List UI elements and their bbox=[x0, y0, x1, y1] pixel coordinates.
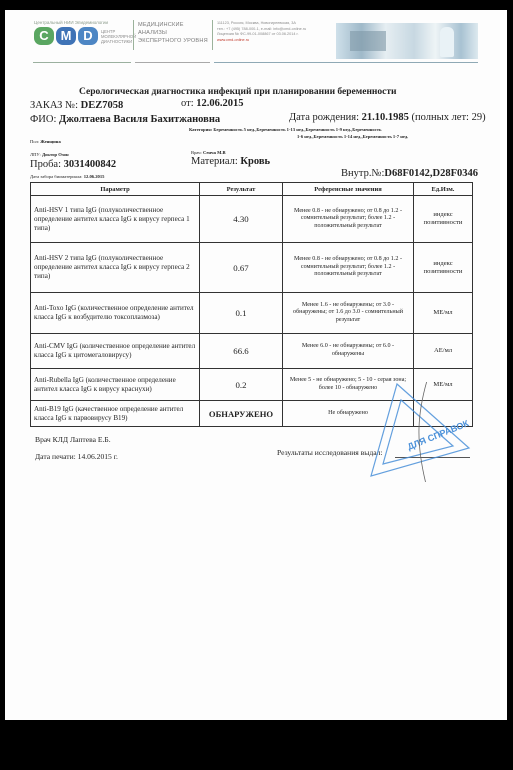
header-result: Результат bbox=[200, 183, 283, 196]
doctor-line: Врач: Сенча М.В bbox=[191, 150, 226, 155]
logo-letter-c: C bbox=[34, 27, 54, 45]
unit-cell bbox=[414, 401, 473, 427]
unit-cell: МЕ/мл bbox=[414, 293, 473, 334]
org-line: Центральный НИИ Эпидемиологии bbox=[34, 20, 108, 25]
unit-cell: индекс позитивности bbox=[414, 243, 473, 293]
website-link[interactable]: www.cmd-online.ru bbox=[217, 38, 306, 44]
result-cell: 0.67 bbox=[200, 243, 283, 293]
reference-cell: Не обнаружено bbox=[283, 401, 414, 427]
collection-date-line: Дата забора биоматериала: 12.06.2015 bbox=[30, 174, 104, 179]
param-cell: Anti-B19 IgG (качественное определение а… bbox=[31, 401, 200, 427]
header-reference: Референсные значения bbox=[283, 183, 414, 196]
report-title: Серологическая диагностика инфекций при … bbox=[79, 87, 397, 97]
logo-letter-m: M bbox=[56, 27, 76, 45]
lpu-line: ЛПУ: Доктор Озон bbox=[30, 152, 69, 157]
patient-name: Джолтаева Василя Бахитжановна bbox=[59, 114, 220, 125]
internal-number: D68F0142,D28F0346 bbox=[384, 168, 478, 179]
print-date-line: Дата печати: 14.06.2015 г. bbox=[35, 452, 118, 461]
material-line: Материал: Кровь bbox=[191, 156, 270, 167]
order-date: 12.06.2015 bbox=[196, 98, 243, 109]
print-date: 14.06.2015 г. bbox=[78, 452, 118, 461]
table-row: Anti-HSV 2 типа IgG (полуколичественное … bbox=[31, 243, 473, 293]
signature-line bbox=[395, 457, 470, 458]
header-rule bbox=[33, 62, 131, 63]
order-date-line: от: 12.06.2015 bbox=[181, 98, 244, 109]
birth-date-line: Дата рождения: 21.10.1985 (полных лет: 2… bbox=[289, 112, 486, 123]
sample-number: 3031400842 bbox=[64, 159, 117, 170]
reference-cell: Менее 6.0 - не обнаружены; от 6.0 - обна… bbox=[283, 334, 414, 369]
contact-block: 111123, Россия, Москва, Новогиреевская, … bbox=[217, 21, 306, 43]
table-row: Anti-B19 IgG (качественное определение а… bbox=[31, 401, 473, 427]
result-cell: 66.6 bbox=[200, 334, 283, 369]
cmd-logo: C M D bbox=[34, 27, 98, 45]
reference-cell: Менее 5 - не обнаружено; 5 - 10 - серая … bbox=[283, 369, 414, 401]
lab-doctor: Врач КЛД Лаптева Е.Б. bbox=[35, 435, 111, 444]
result-cell: ОБНАРУЖЕНО bbox=[200, 401, 283, 427]
sample-line: Проба: 3031400842 bbox=[30, 159, 116, 170]
table-header-row: Параметр Результат Референсные значения … bbox=[31, 183, 473, 196]
param-cell: Anti-HSV 1 типа IgG (полуколичественное … bbox=[31, 196, 200, 243]
sex-line: Пол: Женщина bbox=[30, 139, 61, 144]
internal-number-line: Внутр.№:D68F0142,D28F0346 bbox=[341, 168, 478, 179]
header-divider bbox=[212, 20, 213, 50]
logo-subtitle: ЦЕНТР МОЛЕКУЛЯРНОЙ ДИАГНОСТИКИ bbox=[101, 29, 136, 44]
tagline: МЕДИЦИНСКИЕ АНАЛИЗЫ ЭКСПЕРТНОГО УРОВНЯ bbox=[138, 21, 208, 45]
unit-cell: АЕ/мл bbox=[414, 334, 473, 369]
header-parameter: Параметр bbox=[31, 183, 200, 196]
param-cell: Anti-HSV 2 типа IgG (полуколичественное … bbox=[31, 243, 200, 293]
table-row: Anti-Toxo IgG (количественное определени… bbox=[31, 293, 473, 334]
reference-cell: Менее 1.6 - не обнаружены; от 3.0 - обна… bbox=[283, 293, 414, 334]
issued-by: Результаты исследования выдал: bbox=[277, 448, 383, 457]
header-rule bbox=[135, 62, 210, 63]
table-row: Anti-HSV 1 типа IgG (полуколичественное … bbox=[31, 196, 473, 243]
category-line-1: Категория: Беременность 5 нед.,Беременно… bbox=[189, 127, 381, 132]
logo-letter-d: D bbox=[78, 27, 98, 45]
lab-photo bbox=[336, 23, 478, 59]
document-page: Центральный НИИ Эпидемиологии C M D ЦЕНТ… bbox=[5, 10, 507, 720]
order-line: ЗАКАЗ №: DEZ7058 bbox=[30, 100, 123, 111]
results-table: Параметр Результат Референсные значения … bbox=[30, 182, 473, 427]
table-row: Anti-CMV IgG (количественное определение… bbox=[31, 334, 473, 369]
unit-cell: индекс позитивности bbox=[414, 196, 473, 243]
reference-cell: Менее 0.8 - не обнаружено; от 0.8 до 1.2… bbox=[283, 243, 414, 293]
result-cell: 0.2 bbox=[200, 369, 283, 401]
patient-name-line: ФИО: Джолтаева Василя Бахитжановна bbox=[30, 114, 220, 125]
unit-cell: МЕ/мл bbox=[414, 369, 473, 401]
param-cell: Anti-Toxo IgG (количественное определени… bbox=[31, 293, 200, 334]
birth-date: 21.10.1985 bbox=[362, 112, 409, 123]
order-number: DEZ7058 bbox=[81, 100, 124, 111]
param-cell: Anti-CMV IgG (количественное определение… bbox=[31, 334, 200, 369]
material: Кровь bbox=[240, 156, 270, 167]
param-cell: Anti-Rubella IgG (количественное определ… bbox=[31, 369, 200, 401]
category-line-2: 1-6 нед.,Беременность 1-14 нед.,Беременн… bbox=[297, 134, 408, 139]
result-cell: 4.30 bbox=[200, 196, 283, 243]
table-row: Anti-Rubella IgG (количественное определ… bbox=[31, 369, 473, 401]
age: (полных лет: 29) bbox=[412, 112, 486, 123]
header-divider bbox=[133, 20, 134, 50]
header-rule bbox=[214, 62, 478, 63]
header-unit: Ед.Изм. bbox=[414, 183, 473, 196]
reference-cell: Менее 0.8 - не обнаружено; от 0.8 до 1.2… bbox=[283, 196, 414, 243]
result-cell: 0.1 bbox=[200, 293, 283, 334]
